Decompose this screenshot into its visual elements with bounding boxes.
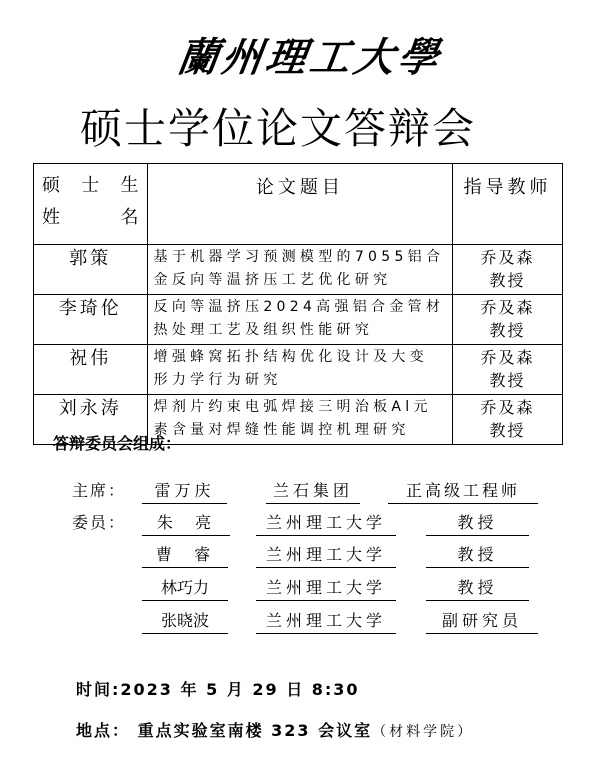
advisor-title: 教授 [453,369,562,392]
member-name: 朱 亮 [142,511,230,536]
committee-member-row: 林巧力 兰州理工大学 教授 [72,576,552,602]
header-text: 生 [121,170,139,202]
topic-line: 形力学行为研究 [154,369,449,392]
table-row: 郭策 基于机器学习预测模型的7055铝合 金反向等温挤压工艺优化研究 乔及森 教… [34,245,563,295]
member-name: 张晓波 [142,609,228,634]
member-title: 副研究员 [426,609,538,634]
member-title: 教授 [426,543,529,568]
advisor: 乔及森 教授 [453,245,563,295]
student-name: 郭策 [34,245,148,295]
committee-member-row: 委员： 朱 亮 兰州理工大学 教授 [72,511,552,537]
member-title: 教授 [426,576,529,601]
topic-line: 反向等温挤压2024高强铝合金管材 [154,296,449,319]
table-row: 祝伟 增强蜂窝拓扑结构优化设计及大变 形力学行为研究 乔及森 教授 [34,345,563,395]
advisor: 乔及森 教授 [453,295,563,345]
topic-line: 增强蜂窝拓扑结构优化设计及大变 [154,346,449,369]
committee-member-row: 张晓波 兰州理工大学 副研究员 [72,609,552,635]
member-org: 兰州理工大学 [256,511,396,536]
header-text: 姓 [42,202,60,234]
header-topic: 论文题目 [147,164,453,245]
topic-line: 焊剂片约束电弧焊接三明治板Al元 [154,396,449,419]
advisor-title: 教授 [453,319,562,342]
topic-line: 热处理工艺及组织性能研究 [154,319,449,342]
advisor: 乔及森 教授 [453,395,563,445]
advisor-name: 乔及森 [453,246,562,269]
header-text: 士 [81,170,99,202]
member-org: 兰石集团 [266,479,360,504]
header-student-name: 硕 士 生 姓 名 [34,164,148,245]
time-label: 时间: [76,680,120,699]
member-title: 正高级工程师 [388,479,538,504]
thesis-topic: 基于机器学习预测模型的7055铝合 金反向等温挤压工艺优化研究 [147,245,453,295]
member-name: 雷万庆 [142,479,227,504]
student-name: 祝伟 [34,345,148,395]
member-name: 曹 睿 [142,543,228,568]
committee-chair-row: 主席： 雷万庆 兰石集团 正高级工程师 [72,479,552,505]
advisor-name: 乔及森 [453,396,562,419]
header-text: 名 [121,202,139,234]
member-org: 兰州理工大学 [256,576,396,601]
topic-line: 素含量对焊缝性能调控机理研究 [154,419,449,442]
committee-member-row: 曹 睿 兰州理工大学 教授 [72,543,552,569]
header-advisor: 指导教师 [453,164,563,245]
member-title: 教授 [426,511,529,536]
thesis-topic: 焊剂片约束电弧焊接三明治板Al元 素含量对焊缝性能调控机理研究 [147,395,453,445]
table-header-row: 硕 士 生 姓 名 论文题目 指导教师 [34,164,563,245]
place-note: （材料学院） [372,724,474,740]
time-value: 2023 年 5 月 29 日 8:30 [120,680,359,699]
place-value: 重点实验室南楼 323 会议室 [138,721,373,740]
university-logo: 蘭州理工大學 [174,32,421,84]
topic-line: 基于机器学习预测模型的7055铝合 [154,246,449,269]
advisor-title: 教授 [453,419,562,442]
advisor-name: 乔及森 [453,296,562,319]
defense-time: 时间:2023 年 5 月 29 日 8:30 [76,678,360,702]
thesis-topic: 增强蜂窝拓扑结构优化设计及大变 形力学行为研究 [147,345,453,395]
table-row: 李琦伦 反向等温挤压2024高强铝合金管材 热处理工艺及组织性能研究 乔及森 教… [34,295,563,345]
member-org: 兰州理工大学 [256,609,396,634]
member-org: 兰州理工大学 [256,543,396,568]
topic-line: 金反向等温挤压工艺优化研究 [154,269,449,292]
place-label: 地点： [76,721,130,740]
member-name: 林巧力 [142,576,228,601]
defense-table: 硕 士 生 姓 名 论文题目 指导教师 郭策 基于机器学习预测模型的7055铝合… [33,163,563,445]
student-name: 李琦伦 [34,295,148,345]
defense-place: 地点： 重点实验室南楼 323 会议室（材料学院） [76,719,474,744]
advisor: 乔及森 教授 [453,345,563,395]
role-label: 主席： [72,479,142,503]
committee-label: 答辩委员会组成： [53,432,181,456]
thesis-topic: 反向等温挤压2024高强铝合金管材 热处理工艺及组织性能研究 [147,295,453,345]
advisor-name: 乔及森 [453,346,562,369]
page-title: 硕士学位论文答辩会 [80,104,520,154]
header-text: 硕 [42,170,60,202]
advisor-title: 教授 [453,269,562,292]
role-label: 委员： [72,511,142,535]
